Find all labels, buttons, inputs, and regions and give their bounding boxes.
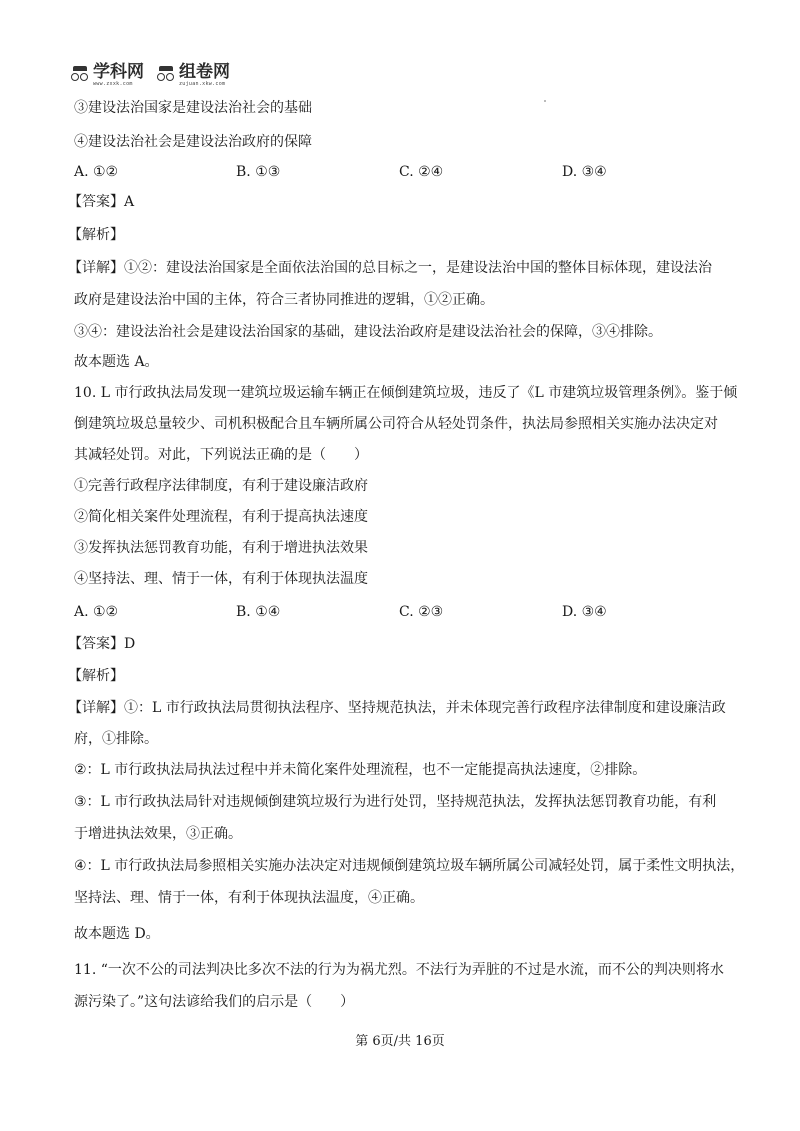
q10-statement: ②简化相关案件处理流程，有利于提高执法速度 (74, 507, 368, 527)
q10-detail: 于增进执法效果，③正确。 (74, 824, 242, 844)
q10-detail: ②：L 市行政执法局执法过程中并未简化案件处理流程，也不一定能提高执法速度，②排… (74, 760, 646, 780)
q10-answer: 【答案】D (68, 634, 135, 654)
logo-name: 学科网 (93, 64, 144, 81)
q11-stem: 11. “一次不公的司法判决比多次不法的行为为祸尤烈。不法行为弄脏的不过是水流，… (74, 960, 724, 980)
option-d: D. ③④ (562, 602, 607, 622)
option-d: D. ③④ (562, 162, 607, 182)
q10-statement: ④坚持法、理、情于一体，有利于体现执法温度 (74, 569, 368, 589)
owl-logo-icon (70, 66, 90, 84)
q9-detail: 【详解】①②：建设法治国家是全面依法治国的总目标之一，是建设法治中国的整体目标体… (68, 258, 712, 278)
option-c: C. ②④ (399, 162, 443, 182)
q10-detail: 【详解】①：L 市行政执法局贯彻执法程序、坚持规范执法，并未体现完善行政程序法律… (68, 698, 726, 718)
q9-analysis-label: 【解析】 (68, 225, 124, 245)
option-b: B. ①④ (236, 602, 280, 622)
option-b: B. ①③ (236, 162, 280, 182)
q9-answer: 【答案】A (68, 192, 134, 212)
logo-url: zujuan.xkw.com (179, 82, 230, 87)
q10-detail: 坚持法、理、情于一体，有利于体现执法温度，④正确。 (74, 888, 424, 908)
page-number: 第 6页/共 16页 (0, 1030, 800, 1049)
q10-detail: ④：L 市行政执法局参照相关实施办法决定对违规倾倒建筑垃圾车辆所属公司减轻处罚，… (74, 856, 744, 876)
q10-statement: ③发挥执法惩罚教育功能，有利于增进执法效果 (74, 538, 368, 558)
option-c: C. ②③ (399, 602, 443, 622)
q10-detail: ③：L 市行政执法局针对违规倾倒建筑垃圾行为进行处罚，坚持规范执法，发挥执法惩罚… (74, 792, 716, 812)
q9-detail: 政府是建设法治中国的主体，符合三者协同推进的逻辑，①②正确。 (74, 290, 494, 310)
scan-dot-mark (544, 100, 546, 102)
q10-stem: 倒建筑垃圾总量较少、司机积极配合且车辆所属公司符合从轻处罚条件，执法局参照相关实… (74, 414, 718, 434)
q10-stem: 10. L 市行政执法局发现一建筑垃圾运输车辆正在倾倒建筑垃圾，违反了《L 市建… (74, 383, 737, 403)
option-a: A. ①② (74, 162, 118, 182)
q10-analysis-label: 【解析】 (68, 666, 124, 686)
q10-detail: 府，①排除。 (74, 729, 158, 749)
q10-statement: ①完善行政程序法律制度，有利于建设廉洁政府 (74, 476, 368, 496)
logo-zujuan: 组卷网 zujuan.xkw.com (156, 64, 230, 87)
q9-statement: ③建设法治国家是建设法治社会的基础 (74, 98, 312, 118)
logo-zxxk: 学科网 www.zxxk.com (70, 64, 144, 87)
q10-stem: 其减轻处罚。对此，下列说法正确的是（ ） (74, 445, 368, 465)
option-a: A. ①② (74, 602, 118, 622)
q10-detail: 故本题选 D。 (74, 924, 160, 944)
q9-detail: ③④：建设法治社会是建设法治国家的基础，建设法治政府是建设法治社会的保障，③④排… (74, 322, 662, 342)
logo-name: 组卷网 (179, 64, 230, 81)
q9-detail: 故本题选 A。 (74, 352, 159, 372)
logo-url: www.zxxk.com (93, 82, 144, 87)
header-logos: 学科网 www.zxxk.com 组卷网 zujuan.xkw.com (70, 60, 230, 90)
q11-stem: 源污染了。”这句法谚给我们的启示是（ ） (74, 992, 354, 1012)
owl-logo-icon (156, 66, 176, 84)
q9-statement: ④建设法治社会是建设法治政府的保障 (74, 132, 312, 152)
